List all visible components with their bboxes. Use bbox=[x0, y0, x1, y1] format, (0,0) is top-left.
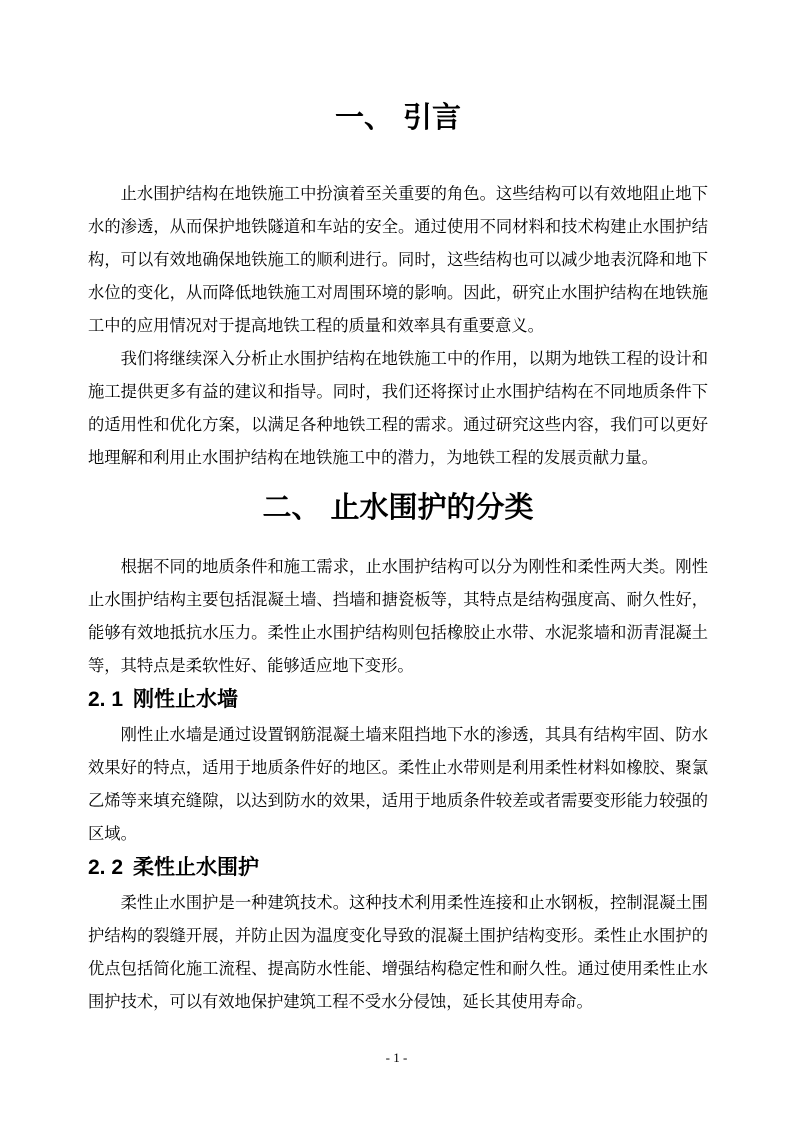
document-content: 一、引言 止水围护结构在地铁施工中扮演着至关重要的角色。这些结构可以有效地阻止地… bbox=[88, 98, 708, 1018]
document-page: 一、引言 止水围护结构在地铁施工中扮演着至关重要的角色。这些结构可以有效地阻止地… bbox=[0, 0, 793, 1122]
paragraph-intro-1: 止水围护结构在地铁施工中扮演着至关重要的角色。这些结构可以有效地阻止地下水的渗透… bbox=[88, 177, 708, 342]
heading-title: 柔性止水围护 bbox=[133, 856, 259, 879]
heading-title: 刚性止水墙 bbox=[133, 688, 238, 711]
heading-number: 一、 bbox=[335, 102, 393, 134]
page-number: - 1 - bbox=[386, 1050, 408, 1065]
heading-title: 引言 bbox=[403, 102, 461, 134]
paragraph-flexible-enclosure: 柔性止水围护是一种建筑技术。这种技术利用柔性连接和止水钢板，控制混凝土围护结构的… bbox=[88, 886, 708, 1018]
paragraph-classification: 根据不同的地质条件和施工需求，止水围护结构可以分为刚性和柔性两大类。刚性止水围护… bbox=[88, 550, 708, 682]
heading-number: 2. 1 bbox=[88, 688, 123, 711]
heading-section-2-1-rigid: 2. 1刚性止水墙 bbox=[88, 686, 708, 714]
heading-title: 止水围护的分类 bbox=[331, 492, 534, 524]
heading-chapter-2-classification: 二、止水围护的分类 bbox=[88, 488, 708, 529]
paragraph-rigid-wall: 刚性止水墙是通过设置钢筋混凝土墙来阻挡地下水的渗透，其具有结构牢固、防水效果好的… bbox=[88, 718, 708, 850]
heading-number: 二、 bbox=[262, 492, 320, 524]
heading-chapter-1-intro: 一、引言 bbox=[88, 98, 708, 139]
paragraph-intro-2: 我们将继续深入分析止水围护结构在地铁施工中的作用，以期为地铁工程的设计和施工提供… bbox=[88, 342, 708, 474]
heading-section-2-2-flexible: 2. 2柔性止水围护 bbox=[88, 854, 708, 882]
page-footer: - 1 - bbox=[0, 1050, 793, 1066]
heading-number: 2. 2 bbox=[88, 856, 123, 879]
